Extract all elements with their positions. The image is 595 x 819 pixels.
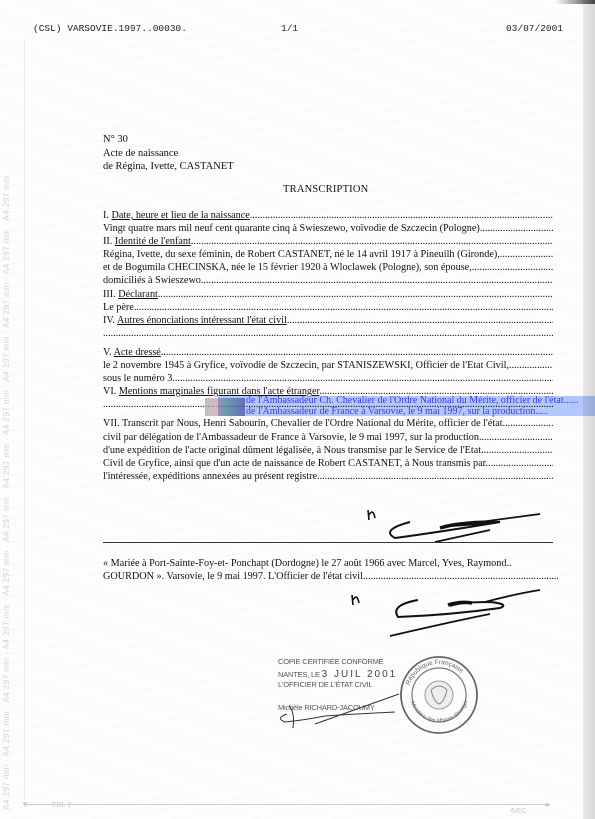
arrow-right-icon: ► <box>544 800 552 809</box>
signature-icon <box>340 500 560 545</box>
overlay-text: de l'Ambassadeur Ch. Chevalier de l'Ordr… <box>246 396 579 417</box>
section-number: VI. <box>103 386 116 397</box>
section-line: d'une expédition de l'acte original dûme… <box>103 444 553 457</box>
transcription-body: I. Date, heure et lieu de la naissance..… <box>103 209 553 483</box>
dot-leader: ........................................… <box>201 275 553 286</box>
dot-leader: ........................................… <box>287 315 553 326</box>
form-edition: EDI. 2 <box>52 802 71 809</box>
section-heading: Déclarant <box>118 289 158 300</box>
overlay-line-2: de l'Ambassadeur de France à Varsovie, l… <box>246 407 579 418</box>
act-type: Acte de naissance <box>103 147 234 161</box>
section-text: le 2 novembre 1945 à Gryfice, voïvodie d… <box>103 360 509 371</box>
divider <box>103 542 553 543</box>
dot-leader: ........................................… <box>172 373 553 384</box>
section-line: et de Bogumila CHECINSKA, née le 15 févr… <box>103 261 553 274</box>
section-heading-line: I. Date, heure et lieu de la naissance..… <box>103 209 553 222</box>
dot-leader: ........................................… <box>103 328 553 339</box>
section-text: et de Bogumila CHECINSKA, née le 15 févr… <box>103 262 472 273</box>
margin-ruler-text: A4 297 mm · A4 297 mm · A4 297 mm · A4 2… <box>2 40 14 810</box>
act-subject: de Régina, Ivette, CASTANET <box>103 160 234 174</box>
section-line: domiciliés à Swieszewo..................… <box>103 274 553 287</box>
section-line: VII. Transcrit par Nous, Henri Sabourin,… <box>103 417 553 430</box>
section-line: civil par délégation de l'Ambassadeur de… <box>103 431 553 444</box>
margin-rule <box>24 40 25 800</box>
stamp-line-1: COPIE CERTIFIÉE CONFORME <box>278 655 398 668</box>
dot-leader: ........................................… <box>485 458 553 469</box>
section-text: Régina, Ivette, du sexe féminin, de Robe… <box>103 249 500 260</box>
section-number: V. <box>103 347 112 358</box>
section-text: Civil de Gryfice, ainsi que d'un acte de… <box>103 458 485 469</box>
dot-leader: ........................................… <box>250 210 553 221</box>
dot-leader: ........................................… <box>509 360 553 371</box>
section-text: domiciliés à Swieszewo <box>103 275 201 286</box>
section-heading-line: V. Acte dressé..........................… <box>103 346 553 359</box>
section-text: Vingt quatre mars mil neuf cent quarante… <box>103 223 480 234</box>
section-line: l'intéressée, expéditions annexées au pr… <box>103 470 553 483</box>
section-number: IV. <box>103 315 115 326</box>
dot-leader: ........................................… <box>472 262 553 273</box>
section-heading-line: IV. Autres énonciations intéressant l'ét… <box>103 314 553 327</box>
dot-leader: ........................................… <box>480 223 553 234</box>
dot-leader: ........................................… <box>191 236 553 247</box>
section-text: sous le numéro 3 <box>103 373 172 384</box>
header-date: 03/07/2001 <box>506 23 563 34</box>
document-reference: (CSL) VARSOVIE.1997..00030. <box>33 23 187 34</box>
section-line: le 2 novembre 1945 à Gryfice, voïvodie d… <box>103 359 553 372</box>
section-line: Le père.................................… <box>103 301 553 314</box>
footer-rule <box>25 804 550 805</box>
dot-leader: ........................................… <box>317 471 553 482</box>
section-line: Civil de Gryfice, ainsi que d'un acte de… <box>103 457 553 470</box>
official-seal-icon: République Française Ministère des Affai… <box>398 654 480 736</box>
section-number: III. <box>103 289 116 300</box>
dot-leader: ........................................… <box>158 289 553 300</box>
dot-leader: ........................................… <box>503 418 553 429</box>
act-number: N° 30 <box>103 133 234 147</box>
section-number: II. <box>103 236 112 247</box>
section-heading: Identité de l'enfant <box>115 236 191 247</box>
dot-leader: ........................................… <box>500 249 553 260</box>
section-heading-line: III. Déclarant..........................… <box>103 288 553 301</box>
section-text: Le père <box>103 302 134 313</box>
section-text: d'une expédition de l'acte original dûme… <box>103 445 481 456</box>
section-line: Vingt quatre mars mil neuf cent quarante… <box>103 222 553 235</box>
section-heading-line: II. Identité de l'enfant................… <box>103 235 553 248</box>
section-text: VII. Transcrit par Nous, Henri Sabourin,… <box>103 418 503 429</box>
dot-leader: ........................................… <box>479 432 553 443</box>
section-text: civil par délégation de l'Ambassadeur de… <box>103 432 479 443</box>
section-text: l'intéressée, expéditions annexées au pr… <box>103 471 317 482</box>
stamp-signature-icon <box>275 690 405 730</box>
section-line: Régina, Ivette, du sexe féminin, de Robe… <box>103 248 553 261</box>
overlay-line-1: de l'Ambassadeur Ch. Chevalier de l'Ordr… <box>246 396 579 407</box>
signature-icon <box>340 580 540 640</box>
section-heading: Autres énonciations intéressant l'état c… <box>117 315 287 326</box>
section-line: ........................................… <box>103 327 553 340</box>
section-heading: Acte dressé <box>114 347 161 358</box>
mention-line-1: « Mariée à Port-Sainte-Foy-et- Ponchapt … <box>103 557 558 570</box>
dot-leader: ........................................… <box>161 347 553 358</box>
act-heading: N° 30 Acte de naissance de Régina, Ivett… <box>103 133 234 174</box>
section-line: sous le numéro 3........................… <box>103 372 553 385</box>
dot-leader: ........................................… <box>481 445 553 456</box>
section-heading: Date, heure et lieu de la naissance <box>112 210 250 221</box>
page-number: 1/1 <box>281 23 298 34</box>
dot-leader: ........................................… <box>134 302 553 313</box>
section-number: I. <box>103 210 109 221</box>
document-title: TRANSCRIPTION <box>283 184 368 195</box>
form-code: 6/EC <box>511 808 527 815</box>
scan-shadow <box>555 0 595 4</box>
